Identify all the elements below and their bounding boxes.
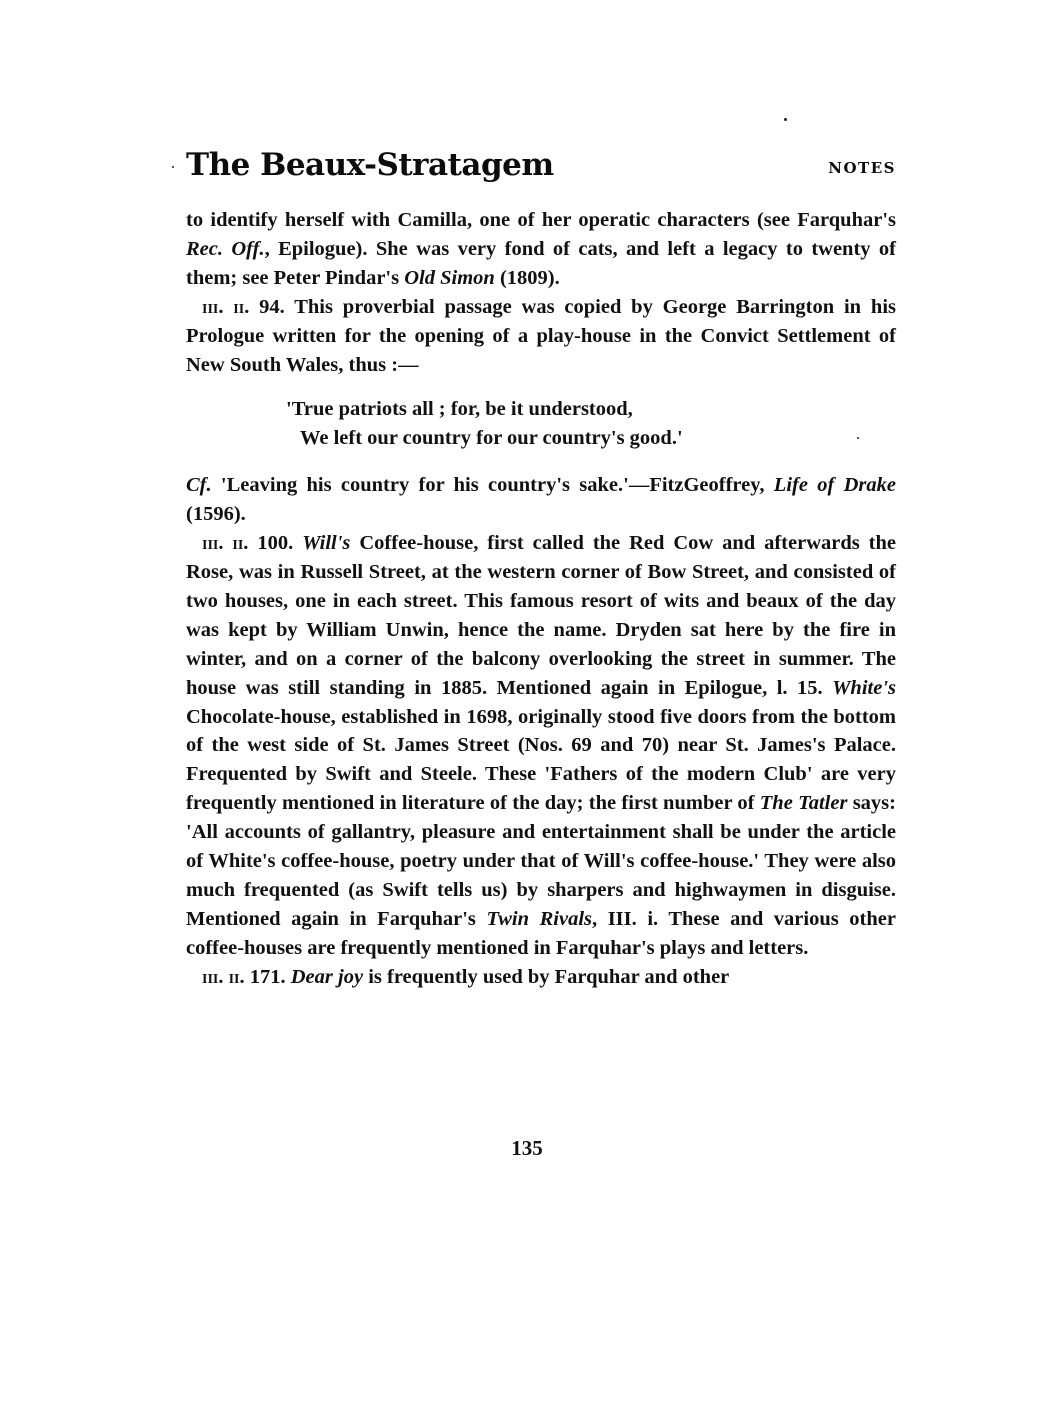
citation-paragraph: Cf. 'Leaving his country for his country… [186, 471, 896, 529]
note-reference: III. ii. 171. [202, 966, 286, 988]
cf-abbrev: Cf. [186, 474, 212, 496]
text-run [293, 532, 302, 554]
citation-year: (1596). [186, 503, 246, 525]
book-page: The Beaux-Stratagem NOTES to identify he… [0, 0, 1054, 1407]
note-reference: III. ii. 94. [202, 296, 285, 318]
page-number: 135 [0, 1136, 1054, 1161]
notes-body: to identify herself with Camilla, one of… [186, 206, 896, 992]
note-paragraph: to identify herself with Camilla, one of… [186, 206, 896, 293]
verse-line: We left our country for our country's go… [286, 424, 896, 453]
text-run: is frequently used by Farquhar and other [363, 966, 729, 988]
section-label: NOTES [828, 159, 896, 177]
running-head: The Beaux-Stratagem NOTES [186, 147, 896, 187]
stray-mark [784, 118, 787, 121]
verse-quotation: 'True patriots all ; for, be it understo… [186, 395, 896, 453]
italic-title: Dear joy [291, 966, 363, 988]
text-run: (1809). [495, 267, 560, 289]
text-run: Coffee-house, first called the Red Cow a… [186, 532, 896, 699]
note-paragraph: III. ii. 94. This proverbial passage was… [186, 293, 896, 380]
book-title: The Beaux-Stratagem [186, 147, 554, 183]
italic-title: White's [832, 677, 896, 699]
note-reference: III. ii. 100. [202, 532, 293, 554]
italic-title: Rec. Off. [186, 238, 265, 260]
stray-mark [172, 166, 174, 168]
note-paragraph: III. ii. 100. Will's Coffee-house, first… [186, 529, 896, 963]
text-run: to identify herself with Camilla, one of… [186, 209, 896, 231]
verse-line: 'True patriots all ; for, be it understo… [286, 395, 896, 424]
citation-quote: 'Leaving his country for his country's s… [212, 474, 774, 496]
citation-work: Life of Drake [774, 474, 896, 496]
text-run: This proverbial passage was copied by Ge… [186, 296, 896, 376]
note-paragraph: III. ii. 171. Dear joy is frequently use… [186, 963, 896, 992]
italic-title: Will's [302, 532, 350, 554]
italic-title: The Tatler [760, 792, 848, 814]
italic-title: Old Simon [404, 267, 495, 289]
italic-title: Twin Rivals [487, 908, 593, 930]
